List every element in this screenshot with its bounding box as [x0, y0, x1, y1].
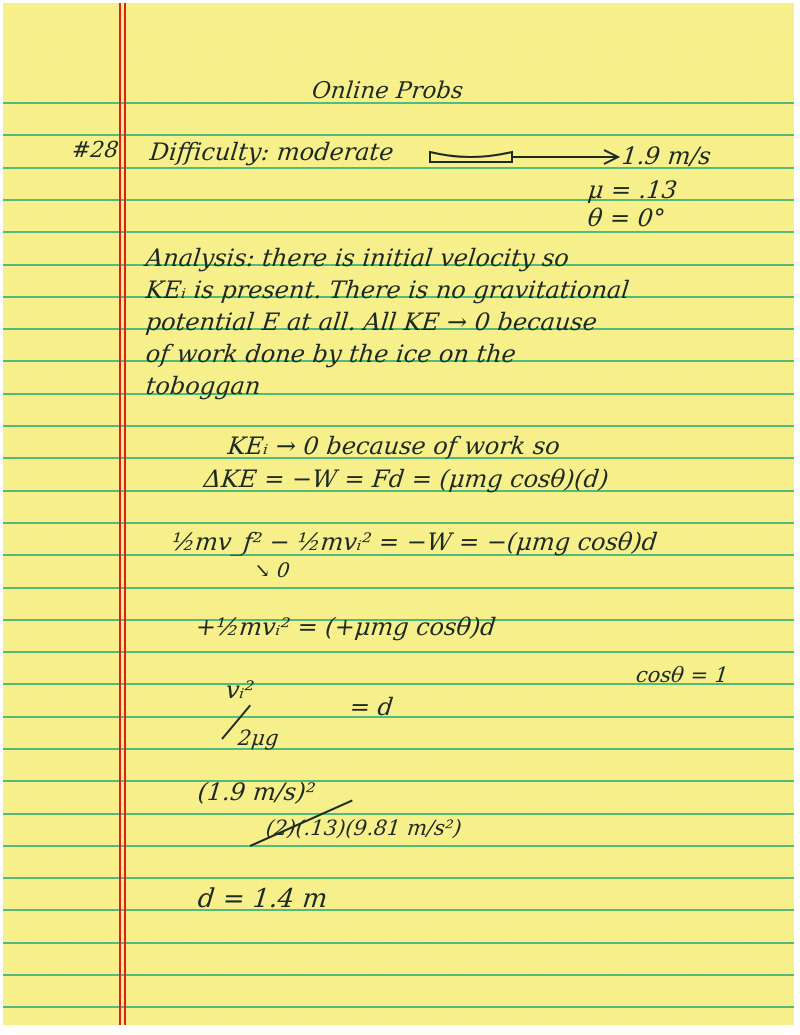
fraction-numerator: (1.9 m/s)² — [197, 780, 317, 804]
rule-line — [3, 909, 794, 911]
rule-line — [3, 974, 794, 976]
equation-line: ΔKE = −W = Fd = (μmg cosθ)(d) — [203, 467, 610, 491]
difficulty-label: Difficulty: moderate — [149, 140, 395, 164]
analysis-line: KEᵢ is present. There is no gravitationa… — [145, 278, 631, 302]
analysis-line: potential E at all. All KE → 0 because — [145, 310, 599, 334]
rule-line — [3, 651, 794, 653]
rule-line — [3, 522, 794, 524]
analysis-line: Analysis: there is initial velocity so — [145, 246, 570, 270]
equation-annotation: ↘ 0 — [253, 560, 291, 580]
toboggan-sketch-icon — [420, 148, 620, 170]
analysis-line: of work done by the ice on the — [145, 342, 518, 366]
given-theta: θ = 0° — [587, 206, 667, 230]
final-answer: d = 1.4 m — [197, 886, 329, 912]
margin-line-left — [119, 3, 121, 1025]
fraction-denominator: (2)(.13)(9.81 m/s²) — [265, 818, 463, 839]
rule-line — [3, 587, 794, 589]
cos-note: cosθ = 1 — [635, 665, 729, 686]
rule-line — [3, 780, 794, 782]
rule-line — [3, 748, 794, 750]
equation-line: ½mv_f² − ½mvᵢ² = −W = −(μmg cosθ)d — [171, 530, 659, 554]
rule-line — [3, 877, 794, 879]
rule-line — [3, 425, 794, 427]
margin-line-right — [124, 3, 126, 1025]
rule-line — [3, 134, 794, 136]
fraction-result: = d — [349, 695, 395, 719]
equation-line: KEᵢ → 0 because of work so — [227, 434, 561, 458]
rule-line — [3, 716, 794, 718]
equation-line: +½mvᵢ² = (+μmg cosθ)d — [195, 615, 497, 639]
rule-line — [3, 393, 794, 395]
rule-line — [3, 1006, 794, 1008]
fraction-denominator: 2μg — [237, 728, 280, 749]
problem-number: #28 — [71, 140, 120, 162]
rule-line — [3, 942, 794, 944]
given-mu: μ = .13 — [587, 178, 679, 202]
fraction-numerator: vᵢ² — [225, 678, 256, 702]
page-title: Online Probs — [311, 80, 464, 103]
given-velocity: 1.9 m/s — [621, 144, 712, 168]
rule-line — [3, 813, 794, 815]
rule-line — [3, 845, 794, 847]
rule-line — [3, 231, 794, 233]
analysis-line: toboggan — [145, 374, 262, 398]
